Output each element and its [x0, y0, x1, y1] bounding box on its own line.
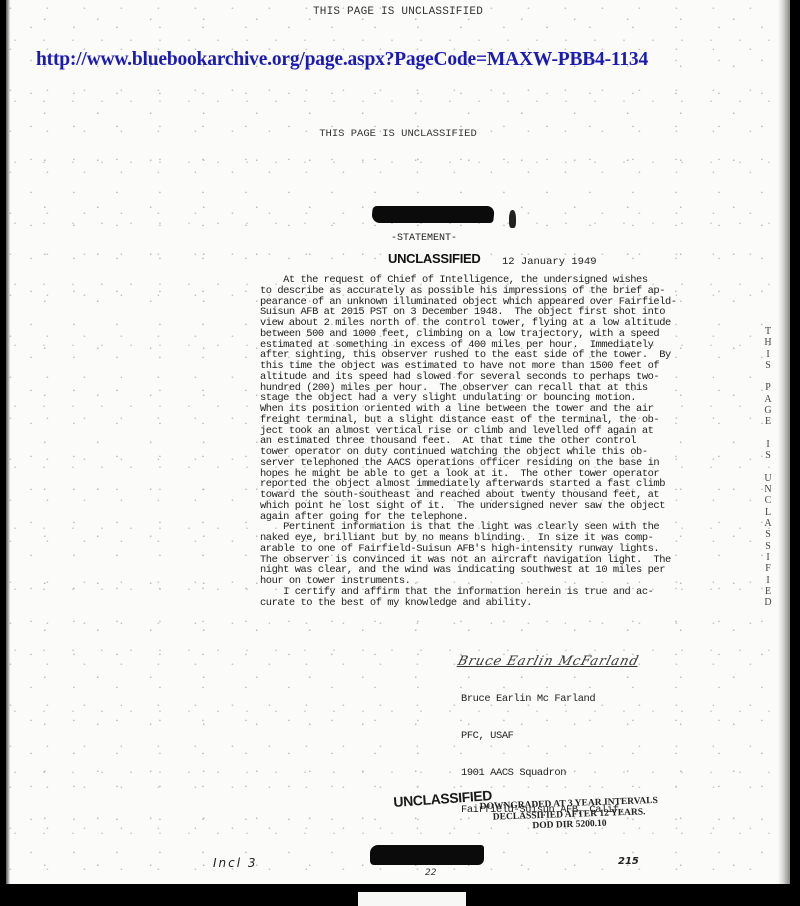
- redaction-bar-bottom: [370, 845, 484, 865]
- top-classification-stamp: THIS PAGE IS UNCLASSIFIED: [6, 6, 790, 18]
- body-line: I certify and affirm that the informatio…: [260, 587, 670, 598]
- downgrade-stamp: DOWNGRADED AT 3 YEAR INTERVALS DECLASSIF…: [480, 796, 659, 834]
- body-line: to describe as accurately as possible hi…: [260, 286, 670, 297]
- body-line: altitude and its speed had slowed for se…: [260, 372, 670, 383]
- secondary-classification-stamp: THIS PAGE IS UNCLASSIFIED: [6, 128, 790, 140]
- signer-rank: PFC, USAF: [461, 730, 624, 742]
- vertical-classification-stamp: T H I S P A G E I S U N C L A S S I F I …: [762, 326, 774, 608]
- inclosure-note: Incl 3: [213, 856, 258, 870]
- body-line: arable to one of Fairfield-Suisun AFB's …: [260, 544, 670, 555]
- signer-unit: 1901 AACS Squadron: [461, 767, 624, 779]
- body-line: between 500 and 1000 feet, climbing on a…: [260, 329, 670, 340]
- statement-body: At the request of Chief of Intelligence,…: [260, 275, 670, 608]
- redaction-bar: [371, 206, 495, 223]
- body-line: server telephoned the AACS operations of…: [260, 458, 670, 469]
- scan-edge-right: [778, 0, 790, 884]
- body-line: curate to the best of my knowledge and a…: [260, 598, 670, 609]
- page-number-right: 215: [618, 856, 639, 867]
- scanned-document-page: THIS PAGE IS UNCLASSIFIED http://www.blu…: [6, 0, 790, 884]
- scan-bottom-tab: [358, 892, 466, 906]
- ink-blot-mark: [509, 210, 516, 228]
- body-line: freight terminal, but a slight distance …: [260, 415, 670, 426]
- body-line: which point he lost sight of it. The und…: [260, 501, 670, 512]
- handwritten-signature: Bruce Earlin McFarland: [456, 654, 641, 669]
- document-date: 12 January 1949: [502, 256, 597, 268]
- classification-mark: UNCLASSIFIED: [388, 251, 480, 266]
- archive-url-link[interactable]: http://www.bluebookarchive.org/page.aspx…: [36, 49, 756, 71]
- statement-heading: -STATEMENT-: [391, 233, 457, 244]
- signer-name: Bruce Earlin Mc Farland: [461, 693, 624, 705]
- page-number-center: 22: [425, 868, 436, 878]
